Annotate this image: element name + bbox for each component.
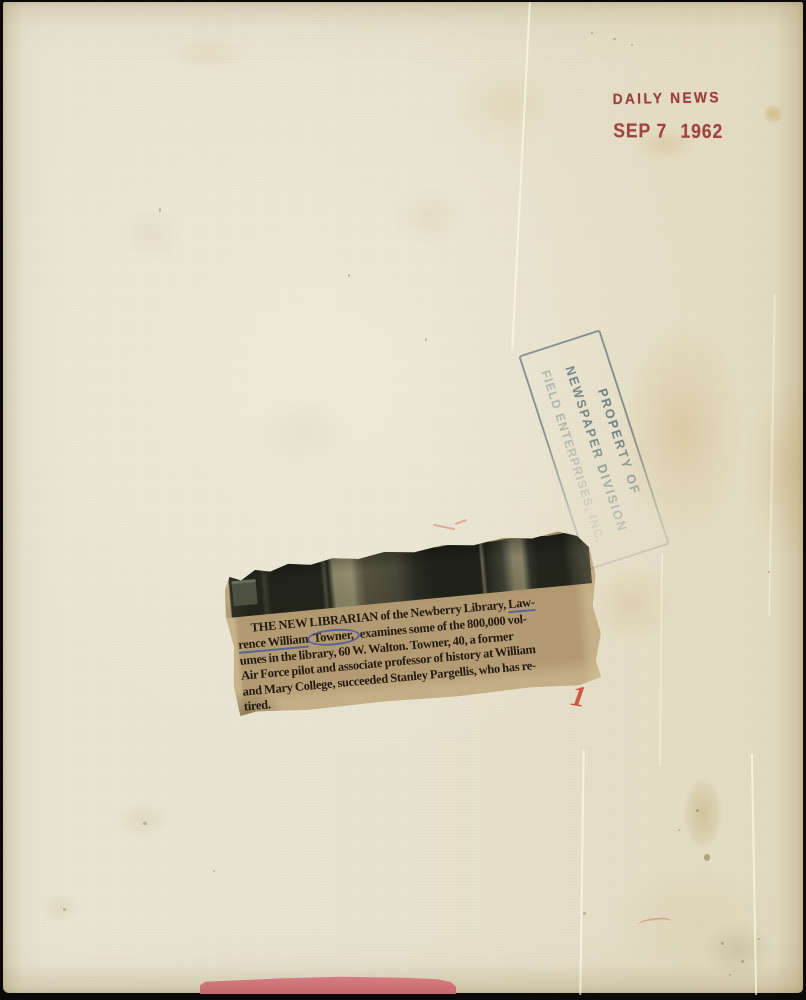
- property-stamp: PROPERTY OF NEWSPAPER DIVISION FIELD ENT…: [518, 329, 670, 571]
- stain-speck: [721, 942, 724, 945]
- stain-speck: [213, 870, 215, 872]
- photo-back-paper: DAILY NEWS SEP 71962 PROPERTY OF NEWSPAP…: [3, 2, 803, 993]
- stain-speck: [704, 854, 710, 861]
- stain-speck: [741, 960, 744, 963]
- stain-speck: [758, 938, 760, 940]
- clipping-photo-detail: [232, 579, 258, 606]
- newspaper-clipping: THE NEW LIBRARIAN of the Newberry Librar…: [221, 528, 606, 716]
- red-pen-scratch: [638, 916, 673, 929]
- stain-speck: [63, 908, 66, 911]
- stamp-date-month-day: SEP 7: [613, 120, 667, 142]
- stain-speck: [631, 44, 633, 46]
- stain-speck: [768, 571, 770, 573]
- stain-speck: [583, 912, 586, 915]
- stain-speck: [696, 809, 699, 812]
- stain-speck: [678, 829, 680, 831]
- scanned-photo-back: { "stamps": { "daily_news": { "name": "D…: [0, 0, 806, 1000]
- stain-speck: [613, 38, 616, 40]
- stain-speck: [159, 208, 161, 212]
- red-pen-scratch: [455, 519, 467, 525]
- stamp-newspaper-name: DAILY NEWS: [613, 89, 728, 108]
- caption-line1-underlined: Law-: [507, 595, 535, 613]
- stain-speck: [591, 32, 593, 34]
- crease-line: [659, 554, 663, 766]
- crease-line: [751, 754, 757, 995]
- stain-speck: [143, 822, 147, 825]
- crease-line: [511, 2, 530, 350]
- red-pen-scratch: [433, 524, 455, 531]
- crease-line: [579, 750, 584, 995]
- stain-speck: [348, 274, 350, 277]
- daily-news-date-stamp: DAILY NEWS SEP 71962: [613, 89, 739, 143]
- stamp-date: SEP 71962: [613, 120, 723, 144]
- crease-line: [768, 294, 775, 616]
- stamp-date-year: 1962: [680, 121, 723, 143]
- stain-speck: [729, 974, 731, 976]
- stain-speck: [425, 338, 427, 341]
